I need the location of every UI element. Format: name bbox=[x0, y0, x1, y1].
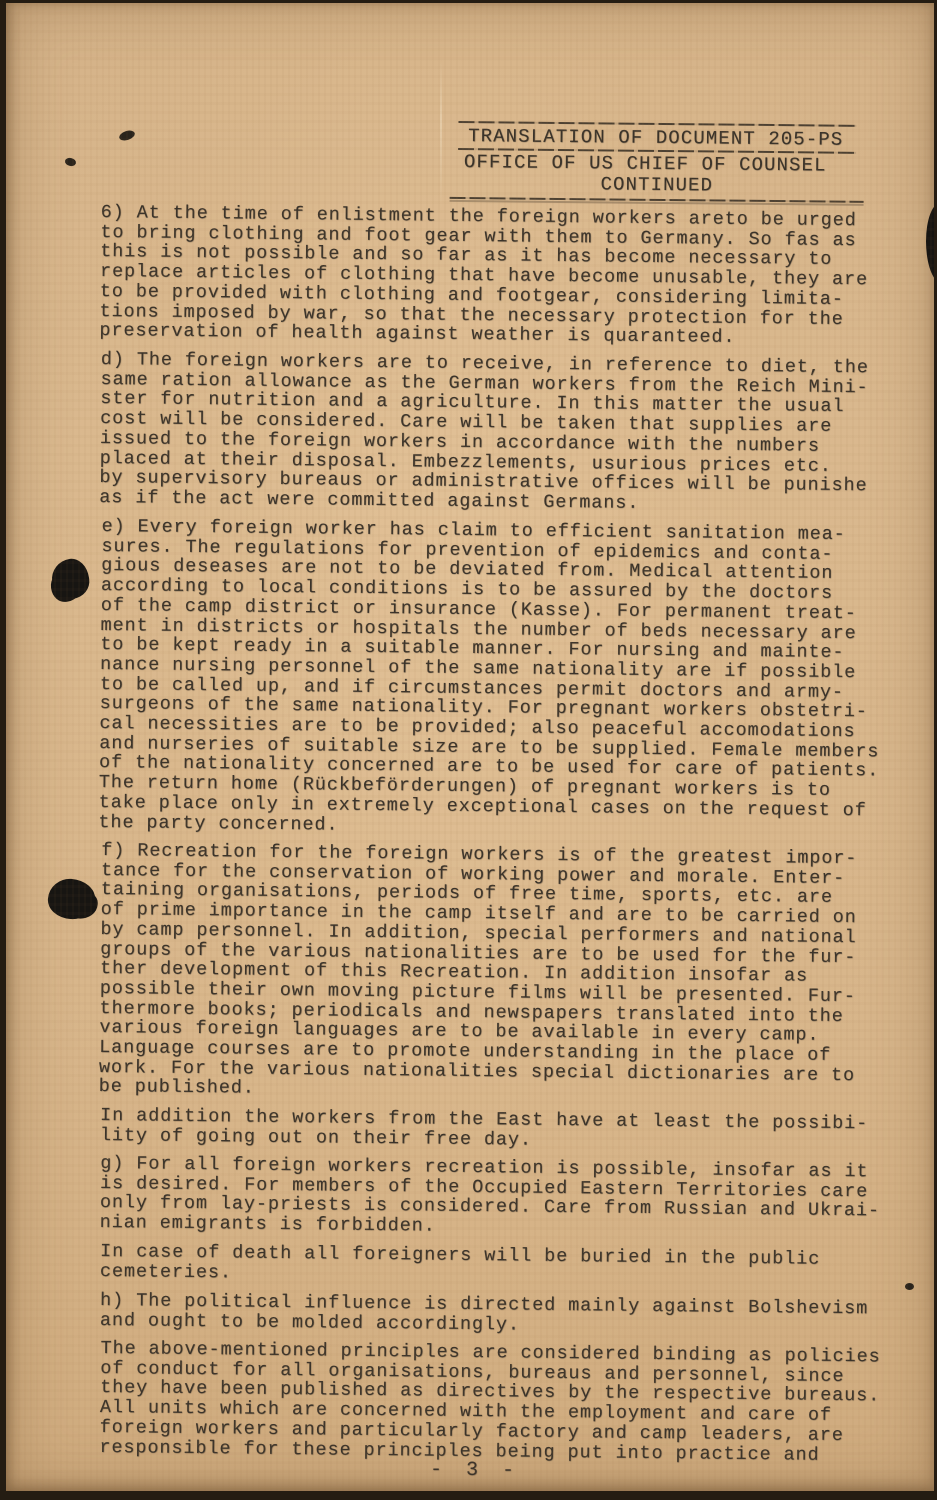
punch-hole-blot-lower bbox=[47, 877, 97, 920]
document-header: TRANSLATION OF DOCUMENT 205-PS OFFICE OF… bbox=[458, 121, 857, 203]
punch-hole-blot-upper bbox=[49, 557, 91, 602]
paragraph-d: d) The foreign workers are to receive, i… bbox=[99, 350, 893, 516]
paragraph-h: h) The political influence is directed m… bbox=[100, 1291, 892, 1339]
header-rule-bottom bbox=[450, 197, 864, 203]
header-line-1: TRANSLATION OF DOCUMENT 205-PS bbox=[458, 126, 856, 151]
paragraph-east-workers: In addition the workers from the East ha… bbox=[100, 1106, 892, 1154]
right-edge-blot bbox=[926, 203, 934, 283]
document-body: 6) At the time of enlistment the foreign… bbox=[100, 203, 892, 1466]
page-number: - 3 - bbox=[430, 1459, 516, 1483]
paragraph-g: g) For all foreign workers recreation is… bbox=[100, 1154, 893, 1241]
paragraph-closing: The above-mentioned principles are consi… bbox=[99, 1339, 892, 1466]
paragraph-e: e) Every foreign worker has claim to eff… bbox=[98, 517, 893, 841]
ink-fleck bbox=[905, 1283, 914, 1290]
paragraph-f: f) Recreation for the foreign workers is… bbox=[99, 841, 894, 1106]
paragraph-6: 6) At the time of enlistment the foreign… bbox=[99, 203, 892, 349]
ink-fleck bbox=[64, 157, 76, 167]
paper-sheet: TRANSLATION OF DOCUMENT 205-PS OFFICE OF… bbox=[6, 3, 934, 1491]
scanned-document-page: TRANSLATION OF DOCUMENT 205-PS OFFICE OF… bbox=[0, 0, 937, 1500]
header-line-3: CONTINUED bbox=[458, 173, 856, 198]
paragraph-burial: In case of death all foreigners will be … bbox=[100, 1242, 892, 1290]
ink-fleck bbox=[118, 129, 136, 143]
paper-crease bbox=[440, 61, 442, 209]
